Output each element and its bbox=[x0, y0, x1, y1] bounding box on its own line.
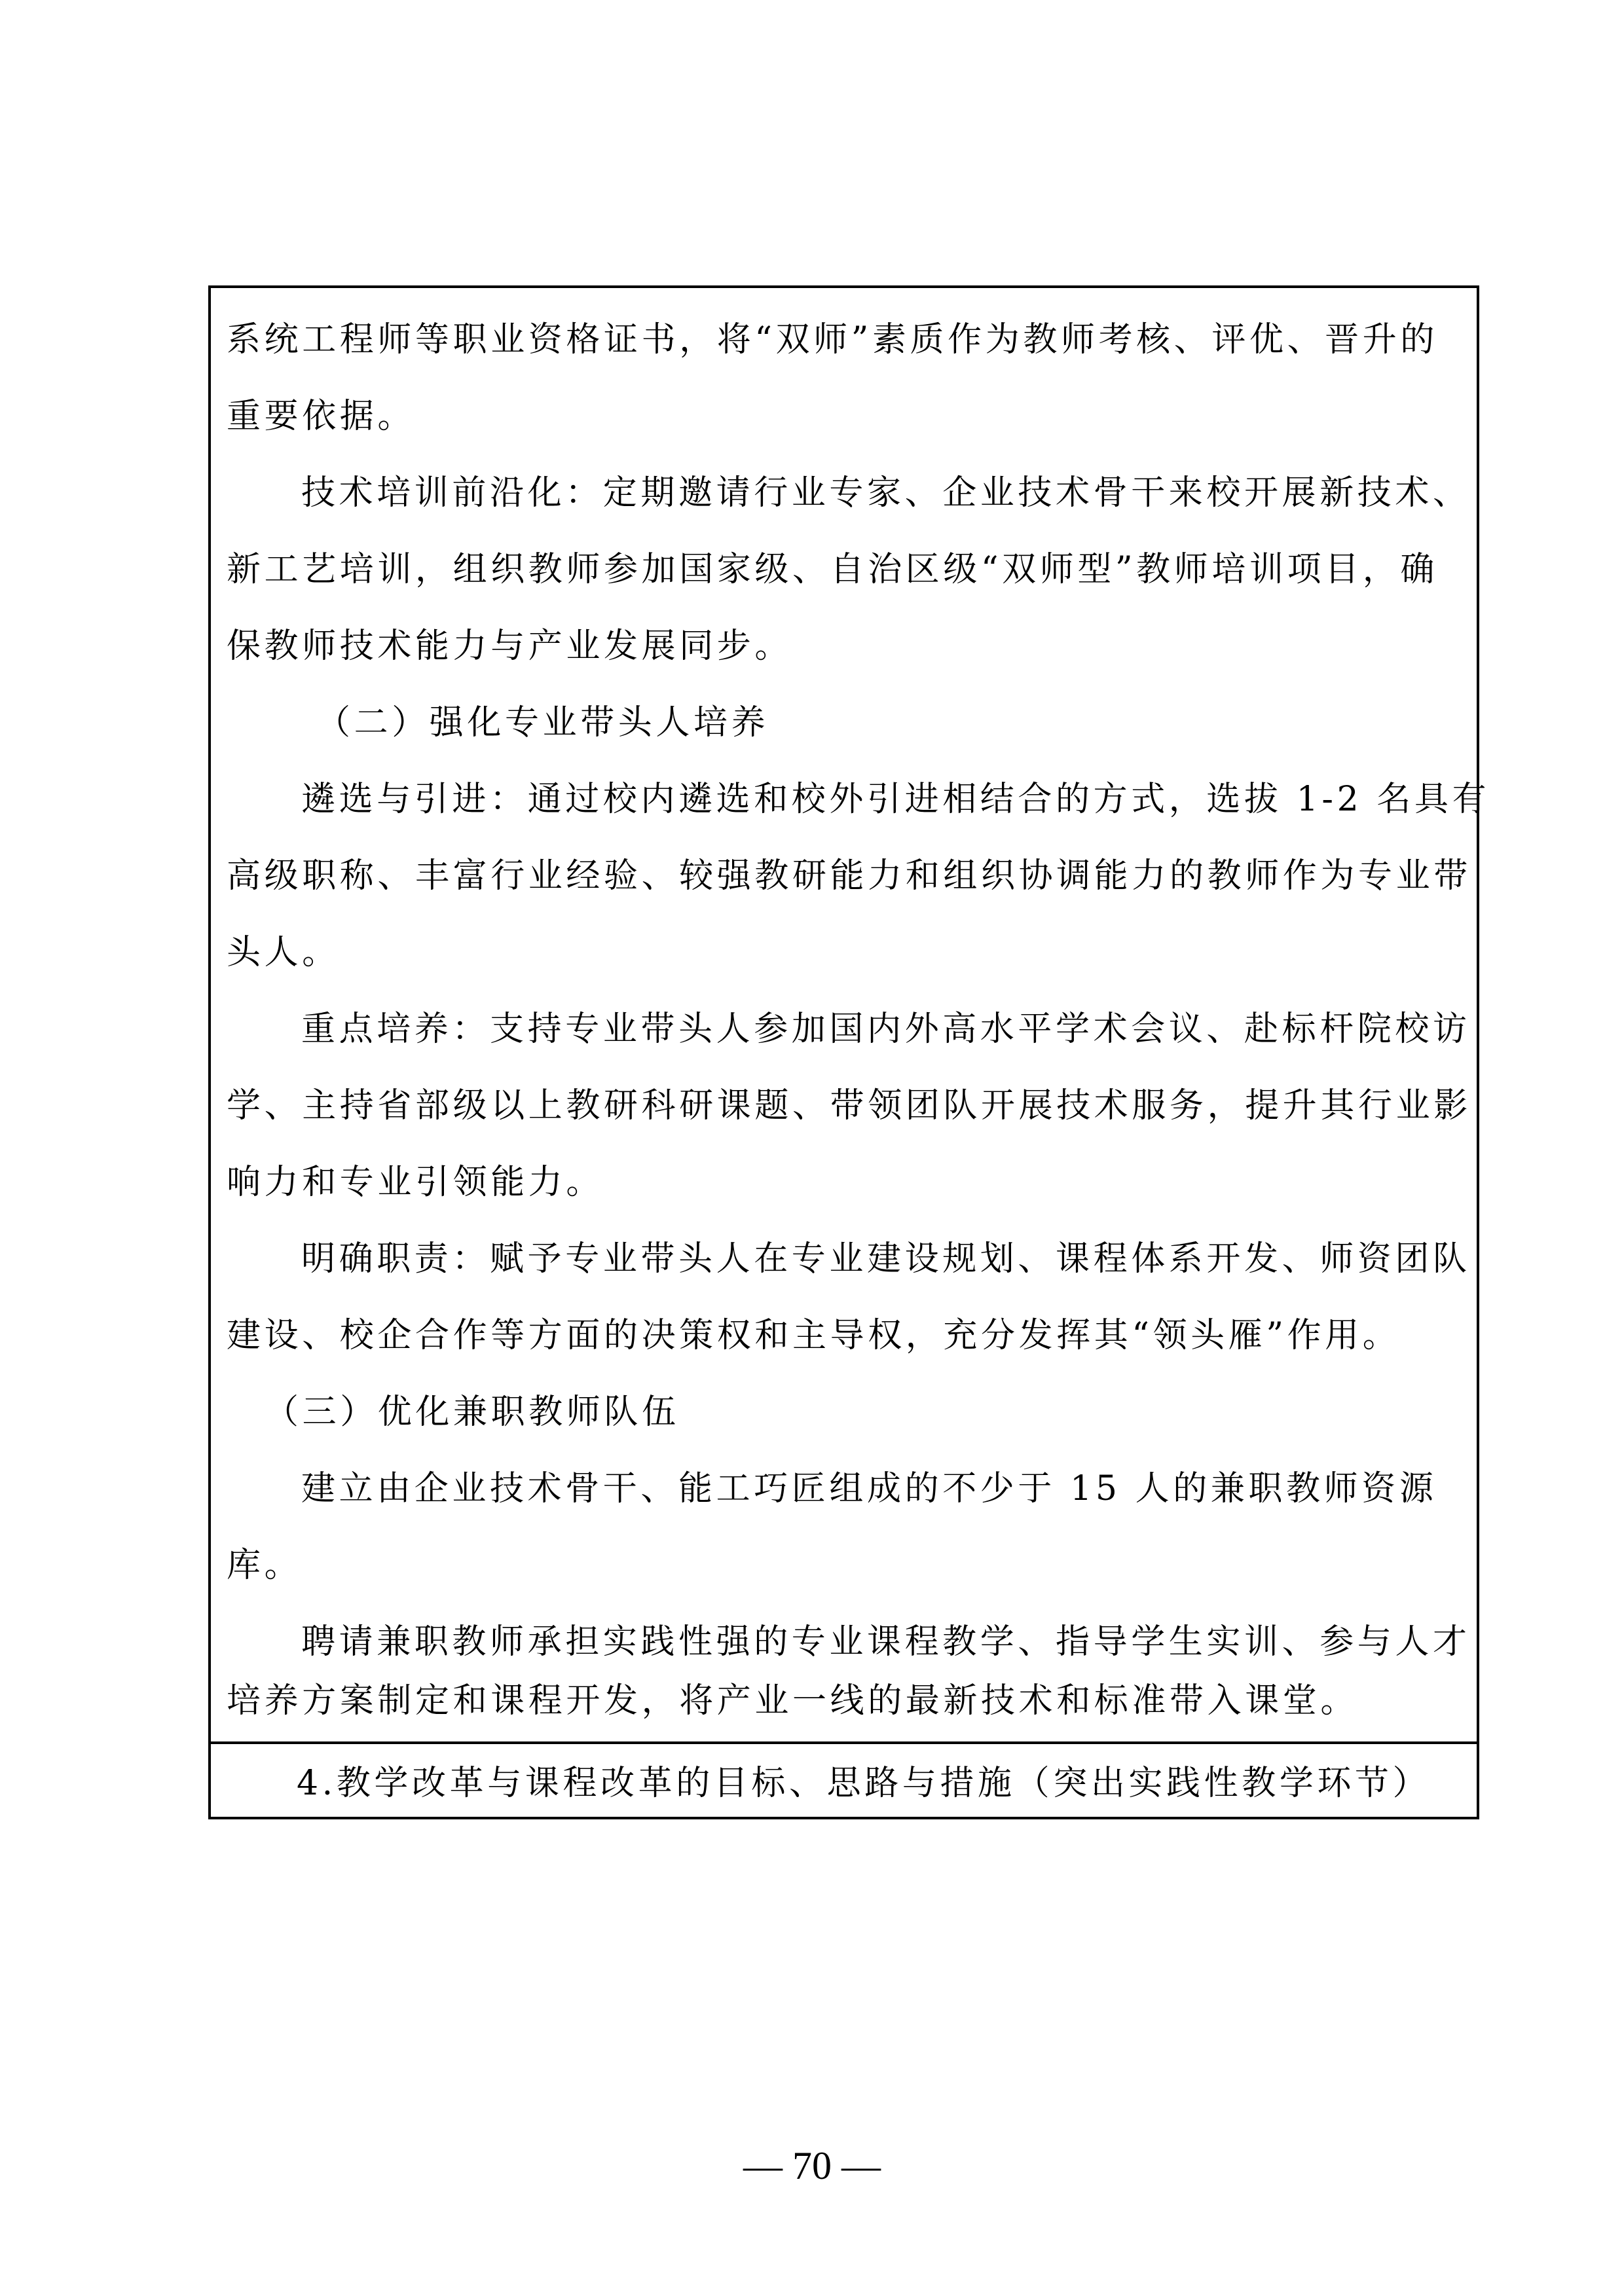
paragraph-responsibilities: 明确职责：赋予专业带头人在专业建设规划、课程体系开发、师资团队 bbox=[227, 1221, 1470, 1298]
text-line: 响力和专业引领能力。 bbox=[227, 1144, 1470, 1221]
text-line: 重要依据。 bbox=[227, 378, 1470, 455]
table-content-cell: 系统工程师等职业资格证书，将“双师”素质作为教师考核、评优、晋升的 重要依据。 … bbox=[211, 288, 1477, 1743]
subheading-leader-training: （二）强化专业带头人培养 bbox=[227, 685, 1470, 761]
paragraph-resource-pool: 建立由企业技术骨干、能工巧匠组成的不少于 15 人的兼职教师资源 bbox=[227, 1451, 1470, 1527]
section-header: 4.教学改革与课程改革的目标、思路与措施（突出实践性教学环节） bbox=[211, 1744, 1477, 1817]
paragraph-key-training: 重点培养：支持专业带头人参加国内外高水平学术会议、赴标杆院校访 bbox=[227, 991, 1470, 1068]
text-line: 系统工程师等职业资格证书，将“双师”素质作为教师考核、评优、晋升的 bbox=[227, 302, 1470, 378]
table-header-cell: 4.教学改革与课程改革的目标、思路与措施（突出实践性教学环节） bbox=[211, 1744, 1477, 1817]
text-line: 保教师技术能力与产业发展同步。 bbox=[227, 608, 1470, 685]
subheading-part-time-teachers: （三）优化兼职教师队伍 bbox=[227, 1374, 1470, 1451]
text-line: 学、主持省部级以上教研科研课题、带领团队开展技术服务，提升其行业影 bbox=[227, 1068, 1470, 1144]
text-line: 头人。 bbox=[227, 915, 1470, 991]
content-table: 系统工程师等职业资格证书，将“双师”素质作为教师考核、评优、晋升的 重要依据。 … bbox=[208, 285, 1479, 1819]
text-line: 库。 bbox=[227, 1527, 1470, 1604]
text-line: 建设、校企合作等方面的决策权和主导权，充分发挥其“领头雁”作用。 bbox=[227, 1298, 1470, 1374]
paragraph-technical-training: 技术培训前沿化：定期邀请行业专家、企业技术骨干来校开展新技术、 bbox=[227, 455, 1470, 532]
paragraph-selection: 遴选与引进：通过校内遴选和校外引进相结合的方式，选拔 1-2 名具有 bbox=[227, 761, 1470, 838]
page-number: — 70 — bbox=[0, 2140, 1624, 2192]
text-line: 培养方案制定和课程开发，将产业一线的最新技术和标准带入课堂。 bbox=[227, 1663, 1470, 1740]
text-line: 新工艺培训，组织教师参加国家级、自治区级“双师型”教师培训项目，确 bbox=[227, 532, 1470, 608]
text-line: 高级职称、丰富行业经验、较强教研能力和组织协调能力的教师作为专业带 bbox=[227, 838, 1470, 915]
